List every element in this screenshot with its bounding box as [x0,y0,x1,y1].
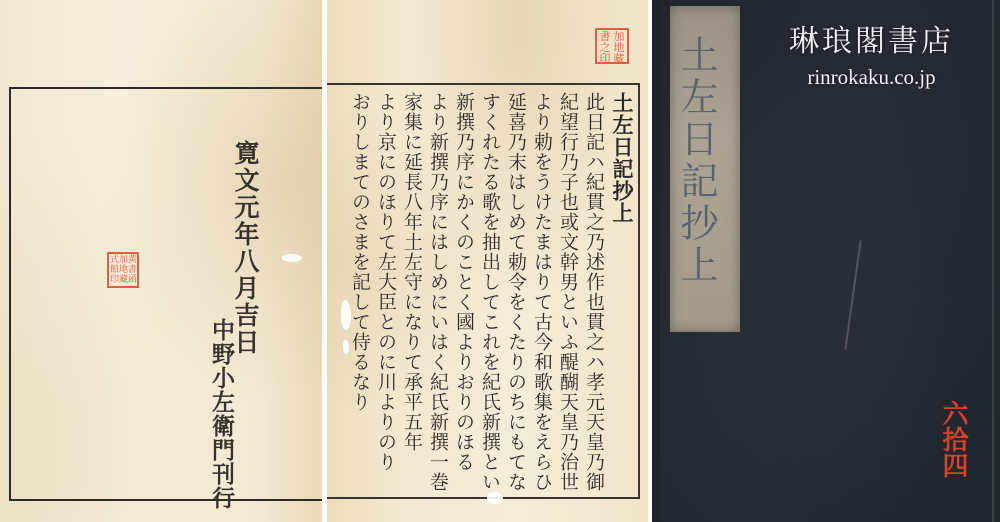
paper-damage-spot [487,492,503,504]
cover-edge [652,0,660,522]
seal-char: 藏 [612,53,626,64]
text-column: 紀望行乃子也或文幹男といふ醍醐天皇乃治世延喜五年 [556,92,579,492]
book-title-heading: 土左日記抄上 [608,92,634,492]
ownership-seal-stamp: 書 加 之 地 印 藏 [595,28,629,64]
text-column: 此日記ハ紀貫之乃述作也貫之ハ孝元天皇乃御末 [582,92,605,492]
text-column: より京にのほりて左大臣とのに川よりのり [374,92,397,492]
seal-char: 館 [110,266,119,275]
text-column: すくれたる歌を抽出してこれを紀氏新撰といへり [478,92,501,492]
cover-crease [844,240,861,349]
text-column: より勅をうけたまはりて古今和歌集をえらひて [530,92,553,492]
seal-char: 藏 [119,276,128,285]
colophon-publisher: 中野小左衛門刊行 [205,318,238,510]
text-columns: 土左日記抄上 此日記ハ紀貫之乃述作也貫之ハ孝元天皇乃御末 紀望行乃子也或文幹男と… [348,92,634,492]
text-column: より新撰乃序にはしめにいはく紀氏新撰一巻 [426,92,449,492]
printed-border-frame [9,87,322,501]
seal-char: 函 [128,276,137,285]
text-column: おりしまてのさまを記して侍るなり [348,92,371,492]
seal-char: 書 [128,266,137,275]
first-text-page: 書 加 之 地 印 藏 土左日記抄上 此日記ハ紀貫之乃述作也貫之ハ孝元天皇乃御末… [327,0,648,522]
text-column: 新撰乃序にかくのことく國よりおりのほる [452,92,475,492]
paper-damage-spot [282,254,302,262]
colophon-page: 寛文元年八月吉日 中野小左衛門刊行 式 加 黄 館 地 書 印 藏 函 [0,0,322,522]
text-column: 家集に延長八年土左守になりて承平五年 [400,92,423,492]
book-cover: 土左日記抄上 六拾四 琳琅閣書店 rinrokaku.co.jp [652,0,1000,522]
text-column: 延喜乃末はしめて勅令をくたりのちにもてなし [504,92,527,492]
title-slip-text: 土左日記抄上 [676,35,716,287]
volume-number-mark: 六拾四 [939,400,967,478]
ownership-seal-stamp: 式 加 黄 館 地 書 印 藏 函 [107,252,139,288]
shop-name: 琳琅閣書店 [789,24,954,60]
binding-edge [992,0,994,522]
seal-char: 加 [119,256,128,265]
seal-char: 式 [110,256,119,265]
shop-url: rinrokaku.co.jp [789,64,954,90]
seal-char: 印 [598,53,612,64]
paper-damage-spot [341,300,351,330]
seal-char: 黄 [128,256,137,265]
seal-char: 地 [119,266,128,275]
seal-char: 印 [110,276,119,285]
shop-watermark: 琳琅閣書店 rinrokaku.co.jp [789,24,954,90]
paper-damage-spot [343,340,349,354]
